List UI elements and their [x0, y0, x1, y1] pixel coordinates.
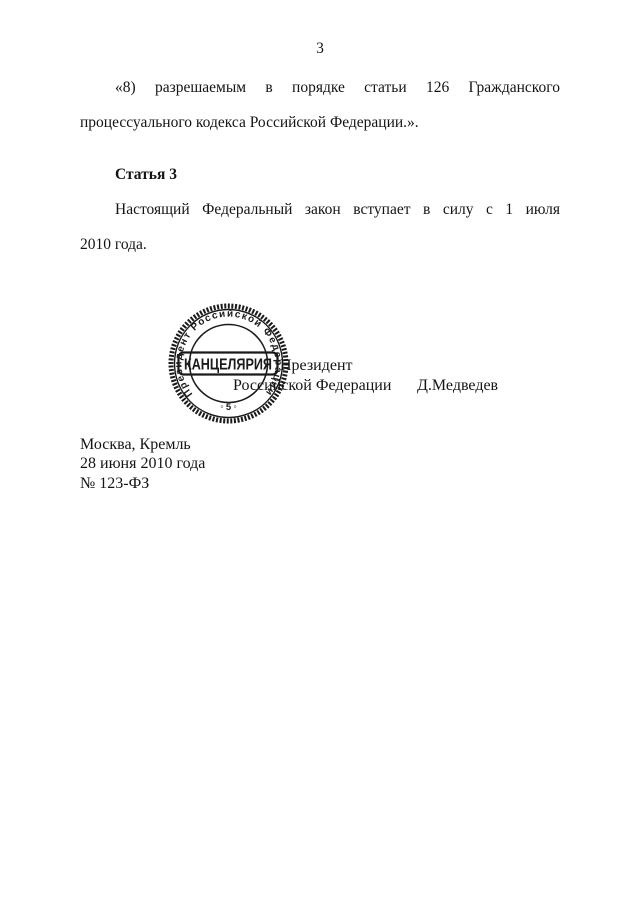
svg-text:◦ 5 ◦: ◦ 5 ◦ [219, 401, 237, 413]
signature-name: Д.Медведев [417, 377, 498, 395]
stamp-seal-icon: Президент Российской Федерации ◦ 5 ◦ КАН… [166, 301, 291, 426]
chancellery-stamp: Президент Российской Федерации ◦ 5 ◦ КАН… [166, 301, 291, 426]
paragraph2-line1: Настоящий Федеральный закон вступает в с… [80, 201, 560, 219]
signature-title-line2: Российской Федерации [233, 377, 391, 395]
page-number: 3 [0, 40, 640, 58]
issuance-block: Москва, Кремль 28 июня 2010 года № 123-Ф… [80, 435, 205, 493]
stamp-bottom-text: ◦ 5 ◦ [219, 401, 237, 413]
law-number: № 123-ФЗ [80, 474, 205, 493]
stamp-center-label: КАНЦЕЛЯРИЯ [184, 357, 272, 374]
issuance-place: Москва, Кремль [80, 435, 205, 454]
document-page: 3 «8) разрешаемым в порядке статьи 126 Г… [0, 0, 640, 905]
signature-title-line1: Президент [280, 357, 353, 375]
paragraph2-line2: 2010 года. [80, 236, 560, 254]
issuance-date: 28 июня 2010 года [80, 454, 205, 473]
article-heading: Статья 3 [115, 166, 177, 184]
paragraph1-line1: «8) разрешаемым в порядке статьи 126 Гра… [80, 79, 560, 97]
paragraph1-line2: процессуального кодекса Российской Федер… [80, 114, 560, 132]
